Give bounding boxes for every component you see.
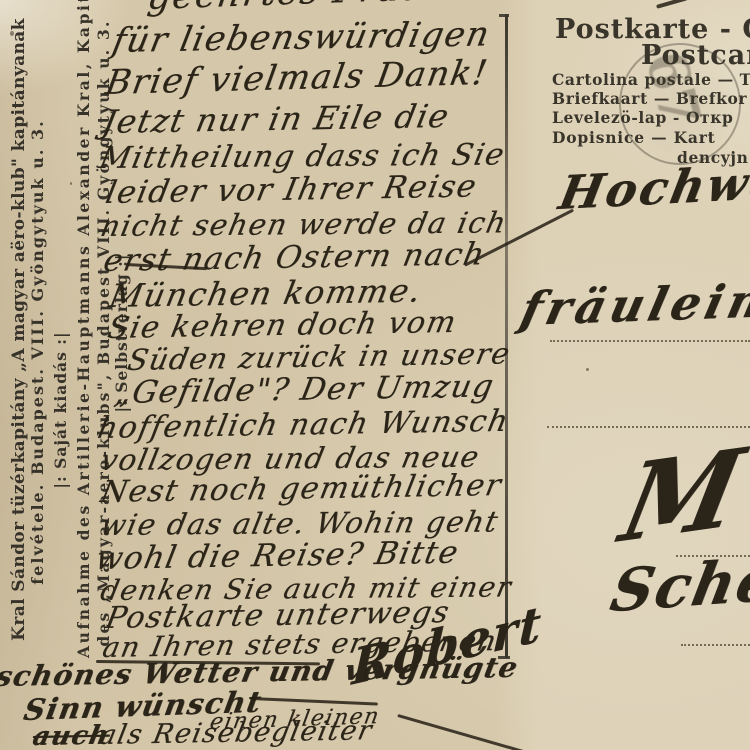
paper-speck: [586, 368, 589, 371]
message-line: für liebenswürdigen: [110, 17, 493, 58]
pen-underline-vergnuegte: [250, 697, 378, 705]
message-line: wohl die Reise? Bitte: [93, 538, 462, 575]
message-line: als Reisebegleiter: [97, 717, 375, 749]
divider-top-foot: [499, 14, 509, 17]
pen-signature-tail: [397, 714, 525, 750]
pen-mark-top-right: [656, 0, 688, 9]
paper-speck: [10, 31, 14, 36]
message-line: geehrtes Fräulein: [145, 0, 501, 16]
address-dotted-line: [550, 340, 750, 342]
imprint-sajat-kiadas: |: Saját kiadás :|: [52, 245, 70, 575]
postmark-digits: 67: [638, 46, 709, 132]
imprint-hungarian-line1: Kral Sándor tüzérkapitány „A magyar aëro…: [10, 7, 30, 652]
message-line: Nest noch gemüthlicher: [98, 471, 504, 508]
address-dotted-line: [681, 644, 750, 646]
imprint-hungarian-line2: felvétele. Budapest. VIII. Gyöngytyuk u.…: [29, 52, 47, 652]
message-line: erst nach Ostern nach: [101, 239, 488, 277]
header-postkarte: Postkarte - Car: [555, 16, 750, 43]
message-line: Jetzt nur in Eile die: [100, 100, 453, 138]
address-salutation: Hochwo: [555, 158, 750, 216]
message-line: Brief vielmals Dank!: [103, 56, 491, 100]
address-city-initial: M: [613, 434, 750, 558]
message-line: „Gefilde"? Der Umzug: [112, 371, 497, 409]
message-line: hoffentlich nach Wunsch: [95, 407, 512, 444]
address-fraulein: fräulein: [517, 277, 750, 332]
imprint-german-line1: Aufnahme des Artillerie-Hauptmanns Alexa…: [75, 8, 93, 658]
address-street: Sche: [606, 550, 750, 620]
postcard-scan: Kral Sándor tüzérkapitány „A magyar aëro…: [0, 0, 750, 750]
paper-speck: [70, 182, 72, 185]
message-line: leider vor Ihrer Reise: [103, 171, 480, 209]
